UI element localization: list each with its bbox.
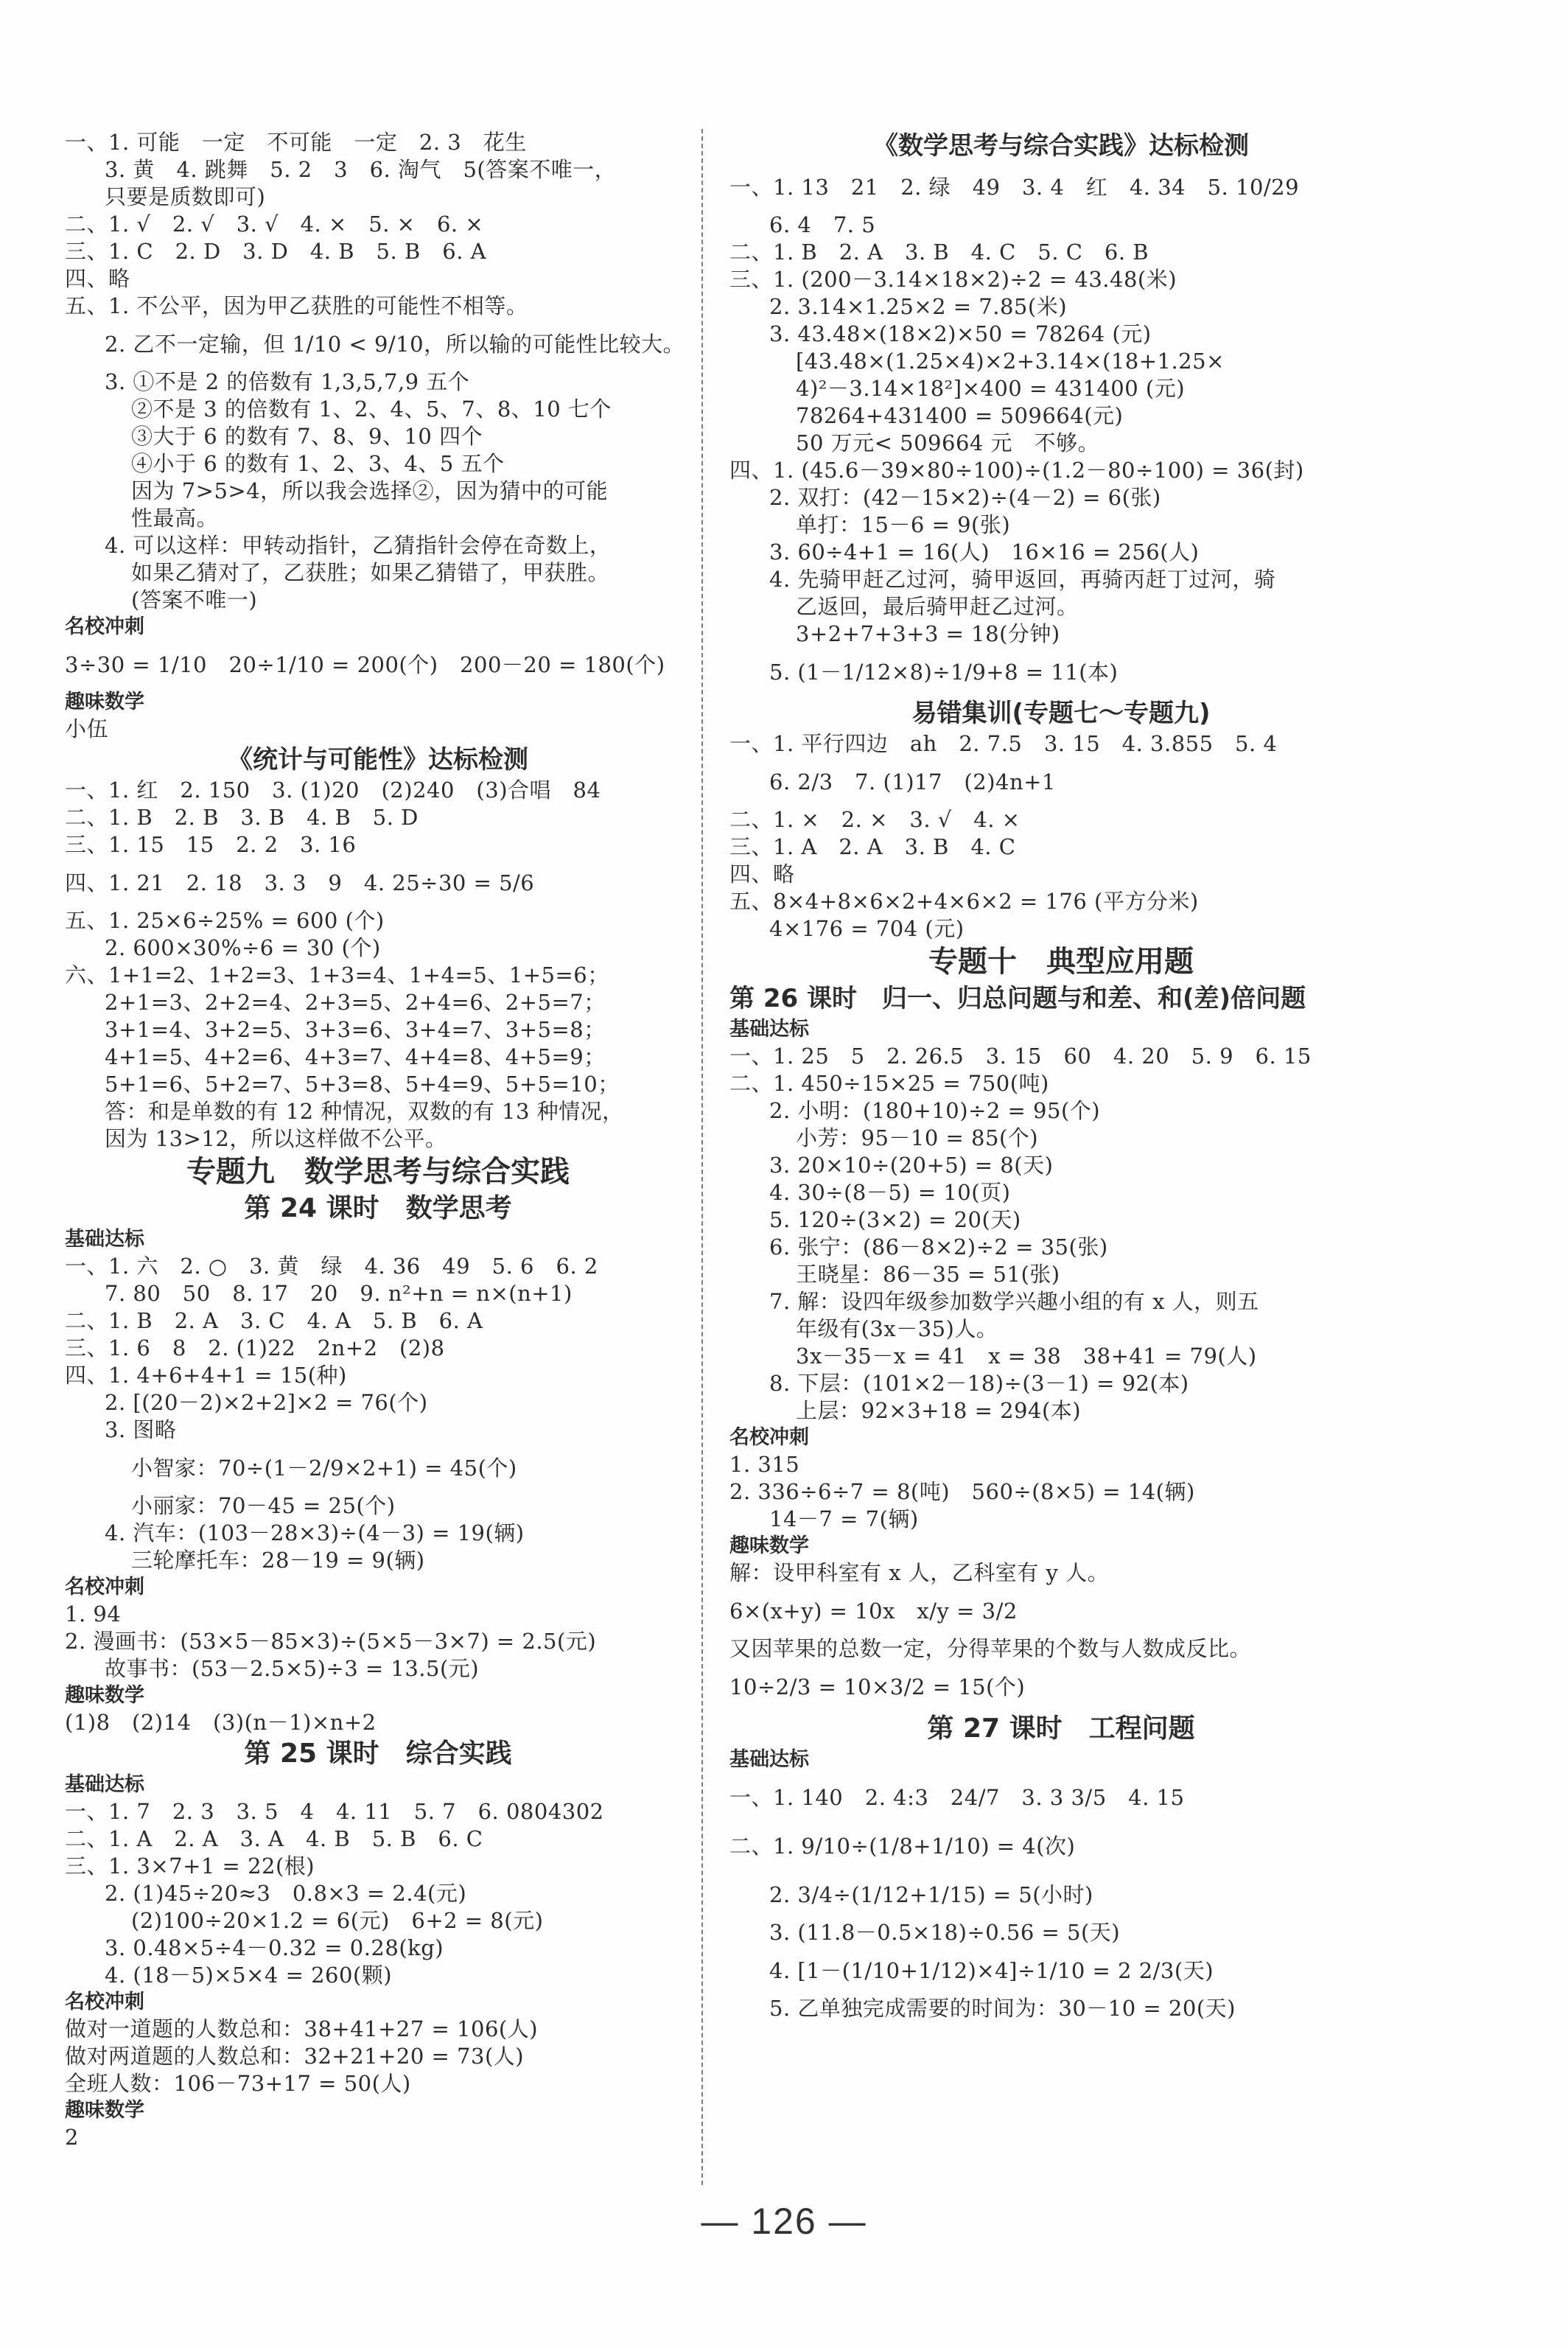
answer-line: (2)100÷20×1.2 = 6(元) 6+2 = 8(元) [65, 1907, 691, 1935]
answer-line: 一、1. 140 2. 4:3 24/7 3. 3 3/5 4. 15 [729, 1773, 1393, 1822]
lesson-title: 第 25 课时 综合实践 [65, 1736, 691, 1772]
answer-line: 2. 漫画书：(53×5－85×3)÷(5×5－3×7) = 2.5(元) [65, 1628, 691, 1655]
section-label: 基础达标 [65, 1226, 691, 1253]
answer-line: 四、1. 4+6+4+1 = 15(种) [65, 1362, 691, 1389]
answer-line: 4)²－3.14×18²]×400 = 431400 (元) [729, 375, 1393, 402]
answer-line: 六、1+1=2、1+2=3、1+3=4、1+4=5、1+5=6； [65, 962, 691, 989]
test-title: 《统计与可能性》达标检测 [65, 743, 691, 777]
answer-line: 3. 黄 4. 跳舞 5. 2 3 6. 淘气 5(答案不唯一， [65, 156, 691, 184]
answer-line: ④小于 6 的数有 1、2、3、4、5 五个 [65, 450, 691, 478]
section-label: 趣味数学 [729, 1533, 1393, 1559]
answer-line: 3x－35－x = 41 x = 38 38+41 = 79(人) [729, 1343, 1393, 1370]
section-label: 名校冲刺 [65, 614, 691, 640]
answer-line: 二、1. √ 2. √ 3. √ 4. × 5. × 6. × [65, 211, 691, 238]
answer-line: 3+1=4、3+2=5、3+3=6、3+4=7、3+5=8； [65, 1016, 691, 1044]
answer-line: 3. 60÷4+1 = 16(人) 16×16 = 256(人) [729, 539, 1393, 566]
answer-line: 二、1. × 2. × 3. √ 4. × [729, 806, 1393, 834]
answer-line: 只要是质数即可) [65, 184, 691, 211]
answer-key-page: 一、1. 可能 一定 不可能 一定 2. 3 花生3. 黄 4. 跳舞 5. 2… [0, 0, 1568, 2348]
answer-line: 2. 3/4÷(1/12+1/15) = 5(小时) [729, 1870, 1393, 1919]
answer-line: 5. 乙单独完成需要的时间为：30－10 = 20(天) [729, 1995, 1393, 2022]
lesson-title: 第 26 课时 归一、归总问题与和差、和(差)倍问题 [729, 981, 1393, 1016]
answer-line: 10÷2/3 = 10×3/2 = 15(个) [729, 1663, 1393, 1711]
section-label: 基础达标 [729, 1747, 1393, 1773]
answer-line: 一、1. 可能 一定 不可能 一定 2. 3 花生 [65, 129, 691, 156]
column-divider [701, 129, 703, 2185]
answer-line: 14－7 = 7(辆) [729, 1506, 1393, 1533]
answer-line: 7. 80 50 8. 17 20 9. n²+n = n×(n+1) [65, 1280, 691, 1307]
section-label: 基础达标 [729, 1016, 1393, 1043]
answer-line: 二、1. 9/10÷(1/8+1/10) = 4(次) [729, 1822, 1393, 1870]
topic-title: 专题十 典型应用题 [729, 943, 1393, 981]
answer-line: 6×(x+y) = 10x x/y = 3/2 [729, 1587, 1393, 1635]
answer-line: 一、1. 平行四边 ah 2. 7.5 3. 15 4. 3.855 5. 4 [729, 730, 1393, 758]
answer-line: 8. 下层：(101×2－18)÷(3－1) = 92(本) [729, 1370, 1393, 1397]
answer-line: 四、略 [729, 861, 1393, 888]
test-title: 《数学思考与综合实践》达标检测 [729, 129, 1393, 163]
answer-line: 3÷30 = 1/10 20÷1/10 = 200(个) 200－20 = 18… [65, 640, 691, 689]
section-label: 名校冲刺 [729, 1425, 1393, 1451]
answer-line: 三轮摩托车：28－19 = 9(辆) [65, 1547, 691, 1574]
section-label: 趣味数学 [65, 1683, 691, 1709]
answer-line: 3+2+7+3+3 = 18(分钟) [729, 621, 1393, 648]
answer-line: 78264+431400 = 509664(元) [729, 402, 1393, 430]
answer-line: 3. 0.48×5÷4－0.32 = 0.28(kg) [65, 1935, 691, 1962]
answer-line: 4×176 = 704 (元) [729, 915, 1393, 943]
lesson-title: 第 27 课时 工程问题 [729, 1711, 1393, 1747]
answer-line: 三、1. A 2. A 3. B 4. C [729, 834, 1393, 861]
answer-line: (1)8 (2)14 (3)(n－1)×n+2 [65, 1709, 691, 1736]
section-label: 趣味数学 [65, 2097, 691, 2124]
answer-line: 故事书：(53－2.5×5)÷3 = 13.5(元) [65, 1655, 691, 1683]
answer-line: 解：设甲科室有 x 人，乙科室有 y 人。 [729, 1559, 1393, 1587]
answer-line: 三、1. 3×7+1 = 22(根) [65, 1853, 691, 1880]
answer-line: 4. 先骑甲赶乙过河，骑甲返回，再骑丙赶丁过河，骑 [729, 566, 1393, 593]
answer-line: 一、1. 六 2. ○ 3. 黄 绿 4. 36 49 5. 6 6. 2 [65, 1253, 691, 1280]
answer-line: 四、略 [65, 265, 691, 293]
answer-line: 王晓星：86－35 = 51(张) [729, 1261, 1393, 1288]
answer-line: 4. 可以这样：甲转动指针，乙猜指针会停在奇数上， [65, 532, 691, 559]
answer-line: ③大于 6 的数有 7、8、9、10 四个 [65, 423, 691, 450]
answer-line: 小智家：70÷(1－2/9×2+1) = 45(个) [65, 1444, 691, 1492]
answer-line: 五、1. 25×6÷25% = 600 (个) [65, 907, 691, 934]
section-label: 基础达标 [65, 1772, 691, 1798]
page-number: — 126 — [0, 2200, 1568, 2243]
answer-line: 三、1. 6 8 2. (1)22 2n+2 (2)8 [65, 1335, 691, 1362]
answer-line: 2 [65, 2124, 691, 2151]
answer-line: 三、1. (200－3.14×18×2)÷2 = 43.48(米) [729, 266, 1393, 293]
answer-line: 小丽家：70－45 = 25(个) [65, 1492, 691, 1520]
answer-line: 四、1. 21 2. 18 3. 3 9 4. 25÷30 = 5/6 [65, 859, 691, 907]
answer-line: 一、1. 红 2. 150 3. (1)20 (2)240 (3)合唱 84 [65, 777, 691, 804]
answer-line: 四、1. (45.6－39×80÷100)÷(1.2－80÷100) = 36(… [729, 457, 1393, 484]
answer-line: 6. 2/3 7. (1)17 (2)4n+1 [729, 758, 1393, 806]
answer-line: 3. ①不是 2 的倍数有 1,3,5,7,9 五个 [65, 368, 691, 396]
answer-line: 4. 汽车：(103－28×3)÷(4－3) = 19(辆) [65, 1520, 691, 1547]
answer-line: 2. 600×30%÷6 = 30 (个) [65, 934, 691, 962]
answer-line: ②不是 3 的倍数有 1、2、4、5、7、8、10 七个 [65, 396, 691, 423]
answer-line: 全班人数：106－73+17 = 50(人) [65, 2070, 691, 2097]
answer-line: 乙返回，最后骑甲赶乙过河。 [729, 593, 1393, 621]
answer-line: 性最高。 [65, 505, 691, 532]
answer-line: 2. (1)45÷20≈3 0.8×3 = 2.4(元) [65, 1880, 691, 1907]
answer-line: 3. (11.8－0.5×18)÷0.56 = 5(天) [729, 1919, 1393, 1946]
answer-line: 2. [(20－2)×2+2]×2 = 76(个) [65, 1389, 691, 1416]
answer-line: 4. 30÷(8－5) = 10(页) [729, 1179, 1393, 1206]
answer-line: 二、1. B 2. B 3. B 4. B 5. D [65, 804, 691, 831]
answer-line: 5. 120÷(3×2) = 20(天) [729, 1206, 1393, 1234]
answer-line: 2. 336÷6÷7 = 8(吨) 560÷(8×5) = 14(辆) [729, 1478, 1393, 1506]
answer-line: 2. 小明：(180+10)÷2 = 95(个) [729, 1097, 1393, 1125]
answer-line: 2+1=3、2+2=4、2+3=5、2+4=6、2+5=7； [65, 989, 691, 1016]
answer-line: 1. 315 [729, 1451, 1393, 1478]
answer-line: 1. 94 [65, 1601, 691, 1628]
answer-line: [43.48×(1.25×4)×2+3.14×(18+1.25× [729, 348, 1393, 375]
answer-line: 5. (1－1/12×8)÷1/9+8 = 11(本) [729, 648, 1393, 696]
answer-line: 一、1. 13 21 2. 绿 49 3. 4 红 4. 34 5. 10/29 [729, 163, 1393, 212]
lesson-title: 第 24 课时 数学思考 [65, 1191, 691, 1226]
answer-line: 3. 20×10÷(20+5) = 8(天) [729, 1152, 1393, 1179]
answer-line: 做对两道题的人数总和：32+21+20 = 73(人) [65, 2043, 691, 2070]
answer-line: 50 万元< 509664 元 不够。 [729, 430, 1393, 457]
answer-line: 3. 图略 [65, 1416, 691, 1444]
answer-line: 5+1=6、5+2=7、5+3=8、5+4=9、5+5=10； [65, 1071, 691, 1098]
answer-line: 三、1. 15 15 2. 2 3. 16 [65, 831, 691, 859]
answer-line: 因为 13>12，所以这样做不公平。 [65, 1125, 691, 1153]
answer-line: 4. [1－(1/10+1/12)×4]÷1/10 = 2 2/3(天) [729, 1946, 1393, 1995]
answer-line: 7. 解：设四年级参加数学兴趣小组的有 x 人，则五 [729, 1288, 1393, 1315]
answer-line: 因为 7>5>4，所以我会选择②，因为猜中的可能 [65, 478, 691, 505]
answer-line: 单打：15－6 = 9(张) [729, 511, 1393, 539]
answer-line: 一、1. 25 5 2. 26.5 3. 15 60 4. 20 5. 9 6.… [729, 1043, 1393, 1070]
answer-line: 做对一道题的人数总和：38+41+27 = 106(人) [65, 2016, 691, 2043]
answer-line: 又因苹果的总数一定，分得苹果的个数与人数成反比。 [729, 1635, 1393, 1663]
test-title: 易错集训(专题七～专题九) [729, 696, 1393, 730]
answer-line: 6. 4 7. 5 [729, 212, 1393, 239]
answer-line: 上层：92×3+18 = 294(本) [729, 1397, 1393, 1425]
answer-line: 2. 双打：(42－15×2)÷(4－2) = 6(张) [729, 484, 1393, 511]
answer-line: 年级有(3x－35)人。 [729, 1315, 1393, 1343]
answer-line: 答：和是单数的有 12 种情况，双数的有 13 种情况， [65, 1098, 691, 1125]
answer-line: 小芳：95－10 = 85(个) [729, 1125, 1393, 1152]
answer-line: 2. 乙不一定输，但 1/10 < 9/10，所以输的可能性比较大。 [65, 320, 691, 368]
answer-line: 6. 张宁：(86－8×2)÷2 = 35(张) [729, 1234, 1393, 1261]
answer-line: 如果乙猜对了，乙获胜；如果乙猜错了，甲获胜。 [65, 559, 691, 587]
answer-line: 2. 3.14×1.25×2 = 7.85(米) [729, 293, 1393, 321]
answer-line: 二、1. A 2. A 3. A 4. B 5. B 6. C [65, 1825, 691, 1853]
answer-line: (答案不唯一) [65, 587, 691, 614]
answer-line: 二、1. 450÷15×25 = 750(吨) [729, 1070, 1393, 1097]
answer-line: 3. 43.48×(18×2)×50 = 78264 (元) [729, 321, 1393, 348]
answer-line: 五、1. 不公平，因为甲乙获胜的可能性不相等。 [65, 293, 691, 320]
answer-line: 一、1. 7 2. 3 3. 5 4 4. 11 5. 7 6. 0804302 [65, 1798, 691, 1825]
answer-line: 五、8×4+8×6×2+4×6×2 = 176 (平方分米) [729, 888, 1393, 915]
answer-line: 二、1. B 2. A 3. B 4. C 5. C 6. B [729, 239, 1393, 266]
section-label: 趣味数学 [65, 689, 691, 716]
left-column: 一、1. 可能 一定 不可能 一定 2. 3 花生3. 黄 4. 跳舞 5. 2… [65, 129, 691, 2151]
answer-line: 小伍 [65, 716, 691, 743]
answer-line: 二、1. B 2. A 3. C 4. A 5. B 6. A [65, 1307, 691, 1335]
topic-title: 专题九 数学思考与综合实践 [65, 1153, 691, 1191]
right-column: 《数学思考与综合实践》达标检测一、1. 13 21 2. 绿 49 3. 4 红… [729, 129, 1393, 2022]
answer-line: 4+1=5、4+2=6、4+3=7、4+4=8、4+5=9； [65, 1044, 691, 1071]
section-label: 名校冲刺 [65, 1574, 691, 1601]
section-label: 名校冲刺 [65, 1989, 691, 2016]
answer-line: 4. (18－5)×5×4 = 260(颗) [65, 1962, 691, 1989]
answer-line: 三、1. C 2. D 3. D 4. B 5. B 6. A [65, 238, 691, 265]
